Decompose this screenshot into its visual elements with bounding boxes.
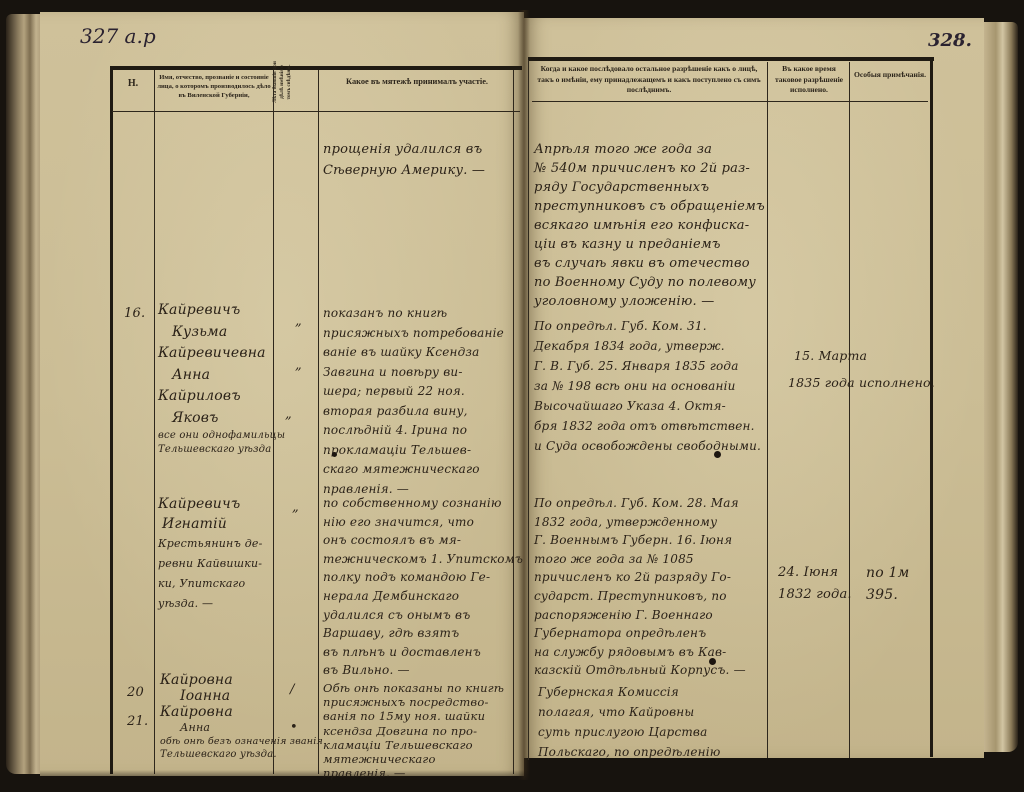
entry-16-age-mark: „ (295, 356, 302, 377)
right-header-top-rule (528, 57, 934, 61)
col-rule-age (318, 70, 319, 774)
entry-16-decision: По опредѣл. Губ. Ком. 31. Декабря 1834 г… (534, 316, 761, 456)
right-header-bottom-rule (532, 101, 928, 102)
entry-kairevich-age-mark: „ (292, 498, 299, 519)
entry-kairevich-executed: 24. Іюня 1832 года. (778, 562, 852, 606)
left-header-bottom-rule (112, 111, 520, 112)
ink-blot (714, 451, 721, 458)
continuation-participation: прощенія удалился въ Сѣверную Америку. — (323, 140, 485, 181)
ink-blot (332, 452, 337, 457)
entry-kairevich-participation: по собственному сознанію нію его значитс… (323, 494, 523, 680)
entry-16-names: Кайревичъ Кузьма Кайревичевна Анна Кайри… (158, 300, 285, 457)
left-table-outer-rule (110, 66, 113, 774)
entry-20-21-names: Кайровна Іоанна Кайровна Анна обѣ онѣ бе… (160, 672, 323, 762)
header-number: Н. (113, 78, 153, 89)
book-scan: 327 а.р 328. Н. Имя, отчество, прозваніе… (0, 0, 1024, 792)
entry-20-21-participation: Обѣ онѣ показаны по книгѣ присяжныхъ пос… (323, 681, 504, 780)
header-age: Лѣта бывшія при дѣлѣ имѣнія о томъ свѣдѣ… (272, 60, 293, 104)
entry-kairevich-decision: По опредѣл. Губ. Ком. 28. Мая 1832 года,… (534, 494, 746, 680)
ink-blot (709, 658, 716, 665)
entry-kairevich-names: Кайревичъ Игнатій Крестьянинъ де- ревни … (158, 494, 263, 614)
col-rule-decision (767, 62, 768, 758)
entry-16-number: 16. (124, 304, 145, 325)
header-decision: Когда и какое послѣдовало остальное разр… (532, 64, 766, 96)
entry-20-21-numbers: 20 21. (127, 678, 148, 736)
entry-21-age-mark: • (290, 718, 298, 739)
right-page-edges (984, 22, 1018, 752)
entry-kairevich-remarks: по 1м 395. (866, 562, 909, 606)
continuation-decision: Апрѣля того же года за № 540м причисленъ… (534, 140, 765, 311)
entry-20-21-decision: Губернская Комиссія полагая, что Кайровн… (538, 682, 721, 762)
archive-number: 327 а.р (80, 24, 156, 48)
entry-16-age-mark: „ (295, 312, 302, 333)
col-rule-executed (849, 62, 850, 758)
page-number: 328. (928, 30, 972, 51)
header-remarks: Особыя примѣчанія. (852, 70, 928, 81)
header-participation: Какое въ мятежѣ принималъ участіе. (322, 77, 512, 86)
left-header-top-rule (110, 66, 522, 70)
bottom-edge-shadow (40, 770, 984, 792)
entry-16-executed: 15. Марта 1835 года исполнено. (790, 342, 935, 396)
header-name: Имя, отчество, прозваніе и состояніе лиц… (156, 73, 272, 100)
entry-16-participation: показанъ по книгѣ присяжныхъ потребовані… (323, 304, 504, 499)
col-rule-decision-left (528, 60, 529, 760)
header-executed: Въ какое время таковое разрѣшеніе исполн… (769, 64, 849, 96)
entry-16-age-mark: „ (285, 405, 292, 426)
entry-20-age-mark: / (290, 680, 295, 701)
col-rule-number (154, 70, 155, 774)
right-table-outer-rule (930, 57, 933, 757)
